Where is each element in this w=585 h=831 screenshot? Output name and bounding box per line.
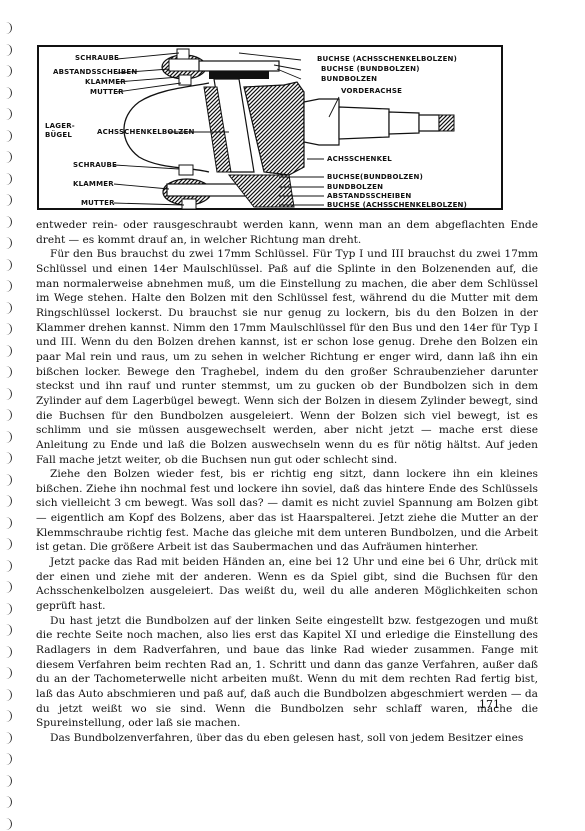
binding-mark — [3, 302, 12, 314]
label-klammer-bottom: KLAMMER — [73, 180, 114, 188]
binding-mark — [3, 581, 12, 593]
paragraph: Das Bundbolzenverfahren, über das du ebe… — [36, 731, 538, 746]
binding-mark — [3, 646, 12, 658]
label-mutter-bottom: MUTTER — [81, 199, 115, 207]
binding-mark — [3, 280, 12, 292]
paragraph: Ziehe den Bolzen wieder fest, bis er ric… — [36, 467, 538, 555]
binding-mark — [3, 409, 12, 421]
label-schraube-bottom: SCHRAUBE — [73, 161, 117, 169]
binding-mark — [3, 689, 12, 701]
label-abstandsscheiben-left: ABSTANDSSCHEIBEN — [53, 68, 137, 76]
binding-mark — [3, 538, 12, 550]
binding-mark — [3, 194, 12, 206]
body-text: entweder rein- oder rausgeschraubt werde… — [36, 218, 538, 746]
binding-mark — [3, 87, 12, 99]
binding-mark — [3, 517, 12, 529]
binding-mark — [3, 151, 12, 163]
binding-mark — [3, 44, 12, 56]
binding-mark — [3, 65, 12, 77]
binding-mark — [3, 775, 12, 787]
binding-mark — [3, 366, 12, 378]
binding-mark — [3, 130, 12, 142]
label-mutter-top: MUTTER — [90, 88, 124, 96]
paragraph: Du hast jetzt die Bundbolzen auf der lin… — [36, 614, 538, 731]
binding-mark — [3, 818, 12, 830]
label-bundbolzen-top: BUNDBOLZEN — [321, 75, 377, 83]
binding-mark — [3, 495, 12, 507]
binding-marks — [0, 0, 18, 831]
label-schraube-top: SCHRAUBE — [75, 54, 119, 62]
binding-mark — [3, 173, 12, 185]
binding-mark — [3, 753, 12, 765]
binding-mark — [3, 323, 12, 335]
label-buchse-achsschenkelbolzen-top: BUCHSE (ACHSSCHENKELBOLZEN) — [317, 55, 457, 63]
binding-mark — [3, 474, 12, 486]
label-buchse-bundbolzen-bottom: BUCHSE(BUNDBOLZEN) — [327, 173, 423, 181]
label-lagerbuegel-1: LAGER- — [45, 122, 75, 130]
binding-mark — [3, 237, 12, 249]
paragraph: Jetzt packe das Rad mit beiden Händen an… — [36, 555, 538, 614]
label-abstandsscheiben-right: ABSTANDSSCHEIBEN — [327, 192, 411, 200]
binding-mark — [3, 710, 12, 722]
binding-mark — [3, 259, 12, 271]
label-bundbolzen-bottom: BUNDBOLZEN — [327, 183, 383, 191]
binding-mark — [3, 108, 12, 120]
binding-mark — [3, 22, 12, 34]
label-achsschenkel: ACHSSCHENKEL — [327, 155, 392, 163]
label-lagerbuegel-2: BÜGEL — [45, 131, 72, 139]
binding-mark — [3, 624, 12, 636]
binding-mark — [3, 388, 12, 400]
binding-mark — [3, 603, 12, 615]
binding-mark — [3, 345, 12, 357]
binding-mark — [3, 216, 12, 228]
paragraph: entweder rein- oder rausgeschraubt werde… — [36, 218, 538, 247]
page-number: 171 — [479, 698, 500, 711]
label-buchse-bundbolzen-top: BUCHSE (BUNDBOLZEN) — [321, 65, 420, 73]
label-buchse-achsschenkelbolzen-bottom: BUCHSE (ACHSSCHENKELBOLZEN) — [327, 201, 467, 209]
binding-mark — [3, 560, 12, 572]
binding-mark — [3, 431, 12, 443]
label-klammer-top: KLAMMER — [85, 78, 126, 86]
kingpin-diagram: SCHRAUBE ABSTANDSSCHEIBEN KLAMMER MUTTER… — [37, 45, 503, 210]
label-vorderachse: VORDERACHSE — [341, 87, 402, 95]
binding-mark — [3, 667, 12, 679]
binding-mark — [3, 452, 12, 464]
label-achsschenkelbolzen: ACHSSCHENKELBOLZEN — [97, 128, 195, 136]
binding-mark — [3, 732, 12, 744]
paragraph: Für den Bus brauchst du zwei 17mm Schlüs… — [36, 247, 538, 467]
binding-mark — [3, 796, 12, 808]
